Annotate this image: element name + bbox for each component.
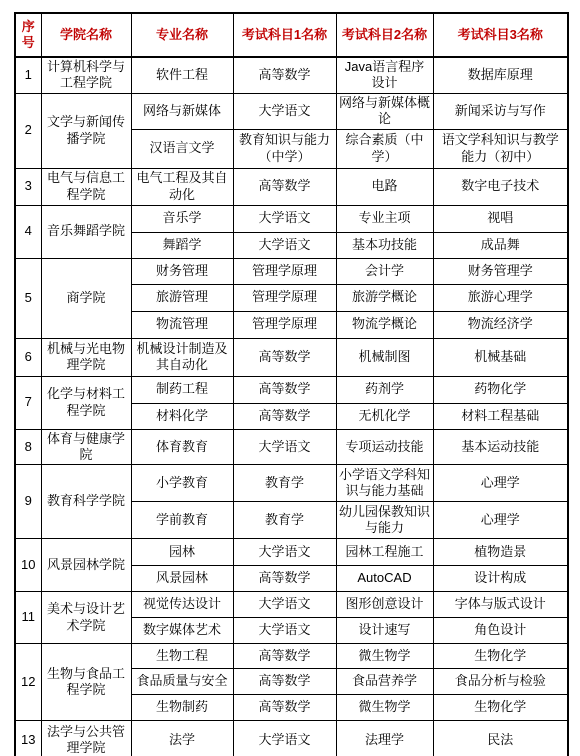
document-page: 序号 学院名称 专业名称 考试科目1名称 考试科目2名称 考试科目3名称 1计算… [0,0,580,756]
header-college: 学院名称 [41,13,131,57]
subject1-cell: 高等数学 [233,695,336,721]
subject2-cell: 小学语文学科知识与能力基础 [336,465,433,502]
subject1-cell: 高等数学 [233,566,336,592]
subject1-cell: 教育学 [233,465,336,502]
serial-cell: 1 [15,57,41,93]
table-row: 6机械与光电物理学院机械设计制造及其自动化高等数学机械制图机械基础 [15,338,568,376]
major-cell: 音乐学 [131,205,233,232]
subject1-cell: 大学语文 [233,429,336,465]
subject3-cell: 植物造景 [433,539,568,566]
college-cell: 法学与公共管理学院 [41,721,131,756]
college-cell: 化学与材料工程学院 [41,376,131,429]
serial-cell: 7 [15,376,41,429]
subject2-cell: 物流学概论 [336,311,433,338]
subject3-cell: 语文学科知识与教学能力（初中） [433,129,568,168]
subject2-cell: 旅游学概论 [336,284,433,311]
major-cell: 电气工程及其自动化 [131,168,233,205]
subject3-cell: 财务管理学 [433,258,568,284]
subject3-cell: 生物化学 [433,644,568,669]
subject3-cell: 基本运动技能 [433,429,568,465]
college-cell: 计算机科学与工程学院 [41,57,131,93]
serial-cell: 11 [15,592,41,644]
subject1-cell: 高等数学 [233,168,336,205]
subject3-cell: 药物化学 [433,376,568,403]
subject1-cell: 教育知识与能力（中学） [233,129,336,168]
major-cell: 食品质量与安全 [131,669,233,695]
serial-cell: 4 [15,205,41,258]
subject3-cell: 字体与版式设计 [433,592,568,618]
table-row: 1计算机科学与工程学院软件工程高等数学Java语言程序设计数据库原理 [15,57,568,93]
table-row: 3电气与信息工程学院电气工程及其自动化高等数学电路数字电子技术 [15,168,568,205]
serial-cell: 13 [15,721,41,756]
subject1-cell: 大学语文 [233,232,336,258]
college-cell: 商学院 [41,258,131,338]
subject3-cell: 材料工程基础 [433,403,568,429]
subject3-cell: 新闻采访与写作 [433,93,568,129]
major-cell: 舞蹈学 [131,232,233,258]
table-row: 9教育科学学院小学教育教育学小学语文学科知识与能力基础心理学 [15,465,568,502]
table-row: 13法学与公共管理学院法学大学语文法理学民法 [15,721,568,756]
major-cell: 视觉传达设计 [131,592,233,618]
header-subject3: 考试科目3名称 [433,13,568,57]
major-cell: 园林 [131,539,233,566]
subject3-cell: 食品分析与检验 [433,669,568,695]
subject2-cell: 无机化学 [336,403,433,429]
subject1-cell: 高等数学 [233,376,336,403]
table-body: 1计算机科学与工程学院软件工程高等数学Java语言程序设计数据库原理2文学与新闻… [15,57,568,756]
subject3-cell: 成品舞 [433,232,568,258]
header-serial: 序号 [15,13,41,57]
subject3-cell: 心理学 [433,465,568,502]
subject1-cell: 大学语文 [233,618,336,644]
subject3-cell: 数字电子技术 [433,168,568,205]
table-row: 5商学院财务管理管理学原理会计学财务管理学 [15,258,568,284]
subject1-cell: 教育学 [233,502,336,539]
major-cell: 数字媒体艺术 [131,618,233,644]
subject2-cell: 专业主项 [336,205,433,232]
major-cell: 风景园林 [131,566,233,592]
college-cell: 音乐舞蹈学院 [41,205,131,258]
major-cell: 生物工程 [131,644,233,669]
header-major: 专业名称 [131,13,233,57]
subject3-cell: 物流经济学 [433,311,568,338]
subject2-cell: 幼儿园保教知识与能力 [336,502,433,539]
header-subject2: 考试科目2名称 [336,13,433,57]
table-row: 4音乐舞蹈学院音乐学大学语文专业主项视唱 [15,205,568,232]
subject2-cell: 综合素质（中学） [336,129,433,168]
table-row: 7化学与材料工程学院制药工程高等数学药剂学药物化学 [15,376,568,403]
subject2-cell: 网络与新媒体概论 [336,93,433,129]
subject2-cell: 基本功技能 [336,232,433,258]
college-cell: 美术与设计艺术学院 [41,592,131,644]
college-cell: 体育与健康学院 [41,429,131,465]
subject1-cell: 高等数学 [233,403,336,429]
serial-cell: 10 [15,539,41,592]
serial-cell: 3 [15,168,41,205]
subject3-cell: 生物化学 [433,695,568,721]
major-cell: 机械设计制造及其自动化 [131,338,233,376]
college-cell: 教育科学学院 [41,465,131,539]
college-cell: 机械与光电物理学院 [41,338,131,376]
subject3-cell: 角色设计 [433,618,568,644]
major-cell: 材料化学 [131,403,233,429]
exam-subjects-table: 序号 学院名称 专业名称 考试科目1名称 考试科目2名称 考试科目3名称 1计算… [14,12,569,756]
table-row: 8体育与健康学院体育教育大学语文专项运动技能基本运动技能 [15,429,568,465]
major-cell: 法学 [131,721,233,756]
header-row: 序号 学院名称 专业名称 考试科目1名称 考试科目2名称 考试科目3名称 [15,13,568,57]
table-row: 11美术与设计艺术学院视觉传达设计大学语文图形创意设计字体与版式设计 [15,592,568,618]
subject2-cell: 法理学 [336,721,433,756]
subject2-cell: 专项运动技能 [336,429,433,465]
serial-cell: 6 [15,338,41,376]
subject1-cell: 高等数学 [233,669,336,695]
subject1-cell: 管理学原理 [233,258,336,284]
major-cell: 体育教育 [131,429,233,465]
subject2-cell: 微生物学 [336,695,433,721]
subject2-cell: 会计学 [336,258,433,284]
major-cell: 生物制药 [131,695,233,721]
table-row: 12生物与食品工程学院生物工程高等数学微生物学生物化学 [15,644,568,669]
subject1-cell: 管理学原理 [233,311,336,338]
college-cell: 风景园林学院 [41,539,131,592]
subject3-cell: 设计构成 [433,566,568,592]
serial-cell: 8 [15,429,41,465]
subject1-cell: 高等数学 [233,57,336,93]
subject3-cell: 民法 [433,721,568,756]
college-cell: 电气与信息工程学院 [41,168,131,205]
subject1-cell: 大学语文 [233,93,336,129]
subject2-cell: 电路 [336,168,433,205]
major-cell: 小学教育 [131,465,233,502]
major-cell: 网络与新媒体 [131,93,233,129]
subject1-cell: 大学语文 [233,721,336,756]
subject2-cell: 微生物学 [336,644,433,669]
serial-cell: 5 [15,258,41,338]
major-cell: 学前教育 [131,502,233,539]
major-cell: 汉语言文学 [131,129,233,168]
subject1-cell: 大学语文 [233,205,336,232]
subject1-cell: 高等数学 [233,338,336,376]
serial-cell: 9 [15,465,41,539]
college-cell: 文学与新闻传播学院 [41,93,131,168]
college-cell: 生物与食品工程学院 [41,644,131,721]
subject1-cell: 大学语文 [233,539,336,566]
subject2-cell: 园林工程施工 [336,539,433,566]
subject2-cell: AutoCAD [336,566,433,592]
subject2-cell: 图形创意设计 [336,592,433,618]
subject1-cell: 大学语文 [233,592,336,618]
subject1-cell: 管理学原理 [233,284,336,311]
subject2-cell: 药剂学 [336,376,433,403]
subject3-cell: 旅游心理学 [433,284,568,311]
subject2-cell: 食品营养学 [336,669,433,695]
subject2-cell: Java语言程序设计 [336,57,433,93]
subject3-cell: 心理学 [433,502,568,539]
major-cell: 物流管理 [131,311,233,338]
table-row: 10风景园林学院园林大学语文园林工程施工植物造景 [15,539,568,566]
subject2-cell: 机械制图 [336,338,433,376]
subject3-cell: 视唱 [433,205,568,232]
subject1-cell: 高等数学 [233,644,336,669]
subject3-cell: 机械基础 [433,338,568,376]
major-cell: 旅游管理 [131,284,233,311]
major-cell: 软件工程 [131,57,233,93]
major-cell: 财务管理 [131,258,233,284]
subject2-cell: 设计速写 [336,618,433,644]
table-row: 2文学与新闻传播学院网络与新媒体大学语文网络与新媒体概论新闻采访与写作 [15,93,568,129]
subject3-cell: 数据库原理 [433,57,568,93]
serial-cell: 2 [15,93,41,168]
major-cell: 制药工程 [131,376,233,403]
serial-cell: 12 [15,644,41,721]
header-subject1: 考试科目1名称 [233,13,336,57]
